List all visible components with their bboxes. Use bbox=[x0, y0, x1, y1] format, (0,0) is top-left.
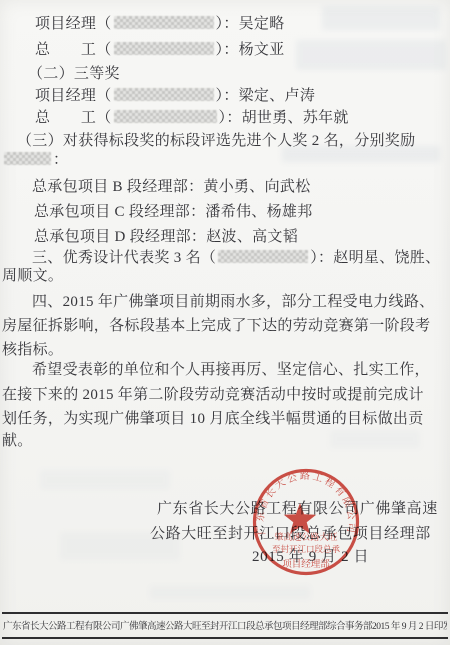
redacted-text bbox=[114, 42, 214, 55]
bleedthrough-ghost bbox=[150, 586, 310, 599]
document-line: 总 工（）：胡世勇、苏年就 bbox=[35, 110, 349, 127]
document-line: 总承包项目 B 段经理部：黄小勇、向武松 bbox=[32, 179, 311, 196]
line-text: （三）对获得标段奖的标段评选先进个人奖 2 名，分别奖励 bbox=[17, 133, 415, 149]
document-line: 核指标。 bbox=[2, 342, 63, 359]
line-text: ）：胡世勇、苏年就 bbox=[219, 110, 349, 126]
line-text: 核指标。 bbox=[2, 342, 63, 358]
line-text: ）：赵明星、饶胜、 bbox=[310, 250, 440, 266]
document-line: 项目经理（）：梁定、卢涛 bbox=[35, 88, 315, 105]
line-text: 希望受表彰的单位和个人再接再厉、坚定信心、扎实工作， bbox=[32, 362, 430, 378]
document-line: （二）三等奖 bbox=[28, 66, 120, 83]
footer-print-date: 2015 年 9 月 2 日印发 bbox=[372, 618, 447, 632]
document-line: 划任务，为实现广佛肇项目 10 月底全线半幅贯通的目标做出贡 bbox=[2, 411, 424, 428]
line-text: 献。 bbox=[2, 433, 33, 449]
document-line: 四、2015 年广佛肇项目前期雨水多，部分工程受电力线路、 bbox=[32, 294, 434, 311]
document-line: 在接下来的 2015 年第二阶段劳动竞赛活动中按时或提前完成计 bbox=[2, 387, 424, 404]
line-text: 三、优秀设计代表奖 3 名（ bbox=[32, 250, 216, 266]
line-text: ）：吴定略 bbox=[216, 16, 285, 32]
line-text: 在接下来的 2015 年第二阶段劳动竞赛活动中按时或提前完成计 bbox=[2, 387, 424, 403]
line-text: 总承包项目 D 段经理部：赵波、高文韬 bbox=[34, 229, 298, 245]
line-text: 划任务，为实现广佛肇项目 10 月底全线半幅贯通的目标做出贡 bbox=[2, 411, 424, 427]
star-icon bbox=[284, 503, 316, 534]
line-text: 总承包项目 B 段经理部：黄小勇、向武松 bbox=[32, 179, 311, 195]
footer-rule-top bbox=[2, 612, 448, 614]
document-line: 三、优秀设计代表奖 3 名（）：赵明星、饶胜、 bbox=[32, 250, 440, 267]
seal-inner-line-1: 肇高速公路大旺 bbox=[274, 531, 337, 542]
document-line: 项目经理（）：吴定略 bbox=[35, 16, 285, 33]
bleedthrough-ghost bbox=[296, 40, 446, 70]
bleedthrough-ghost bbox=[322, 6, 440, 30]
line-text: 总 工（ bbox=[35, 42, 112, 58]
official-seal: 广东省长大公路工程有限公司 肇高速公路大旺 至封开江口段总承 项目经理部 bbox=[250, 466, 362, 578]
redacted-text bbox=[114, 110, 217, 123]
line-text: （二）三等奖 bbox=[28, 66, 120, 82]
footer: 广东省长大公路工程有限公司广佛肇高速公路大旺至封开江口段总承包项目经理部综合事务… bbox=[3, 618, 447, 632]
redacted-text bbox=[4, 152, 51, 165]
document-line: 希望受表彰的单位和个人再接再厉、坚定信心、扎实工作， bbox=[32, 362, 430, 379]
footer-issuer: 广东省长大公路工程有限公司广佛肇高速公路大旺至封开江口段总承包项目经理部综合事务… bbox=[3, 618, 372, 632]
line-text: ）：杨文亚 bbox=[216, 42, 285, 58]
line-text: 房屋征拆影响，各标段基本上完成了下达的劳动竞赛第一阶段考 bbox=[2, 318, 430, 334]
line-text: ： bbox=[53, 152, 68, 168]
line-text: 总 工（ bbox=[35, 110, 112, 126]
line-text: ）：梁定、卢涛 bbox=[216, 88, 316, 104]
bleedthrough-ghost bbox=[330, 430, 420, 448]
line-text: 四、2015 年广佛肇项目前期雨水多，部分工程受电力线路、 bbox=[32, 294, 434, 310]
document-line: ： bbox=[2, 152, 68, 169]
redacted-text bbox=[114, 16, 214, 29]
document-line: 周顺文。 bbox=[2, 268, 63, 285]
document-line: 总承包项目 D 段经理部：赵波、高文韬 bbox=[34, 229, 298, 246]
redacted-text bbox=[218, 250, 308, 263]
seal-inner-line-2: 至封开江口段总承 bbox=[272, 544, 341, 554]
document-line: 总承包项目 C 段经理部：潘希伟、杨雄邦 bbox=[34, 204, 313, 221]
line-text: 项目经理（ bbox=[35, 88, 112, 104]
document-line: 献。 bbox=[2, 433, 33, 450]
document-line: 总 工（）：杨文亚 bbox=[35, 42, 285, 59]
bleedthrough-ghost bbox=[40, 470, 170, 490]
line-text: 周顺文。 bbox=[2, 268, 63, 284]
document-line: 房屋征拆影响，各标段基本上完成了下达的劳动竞赛第一阶段考 bbox=[2, 318, 430, 335]
line-text: 项目经理（ bbox=[35, 16, 112, 32]
line-text: 总承包项目 C 段经理部：潘希伟、杨雄邦 bbox=[34, 204, 313, 220]
document-line: （三）对获得标段奖的标段评选先进个人奖 2 名，分别奖励 bbox=[17, 133, 415, 150]
scanned-document-page: 项目经理（）：吴定略总 工（）：杨文亚（二）三等奖项目经理（）：梁定、卢涛总 工… bbox=[0, 0, 450, 645]
redacted-text bbox=[114, 88, 214, 101]
footer-rule-bottom bbox=[2, 637, 448, 639]
seal-inner-line-3: 项目经理部 bbox=[282, 558, 330, 570]
